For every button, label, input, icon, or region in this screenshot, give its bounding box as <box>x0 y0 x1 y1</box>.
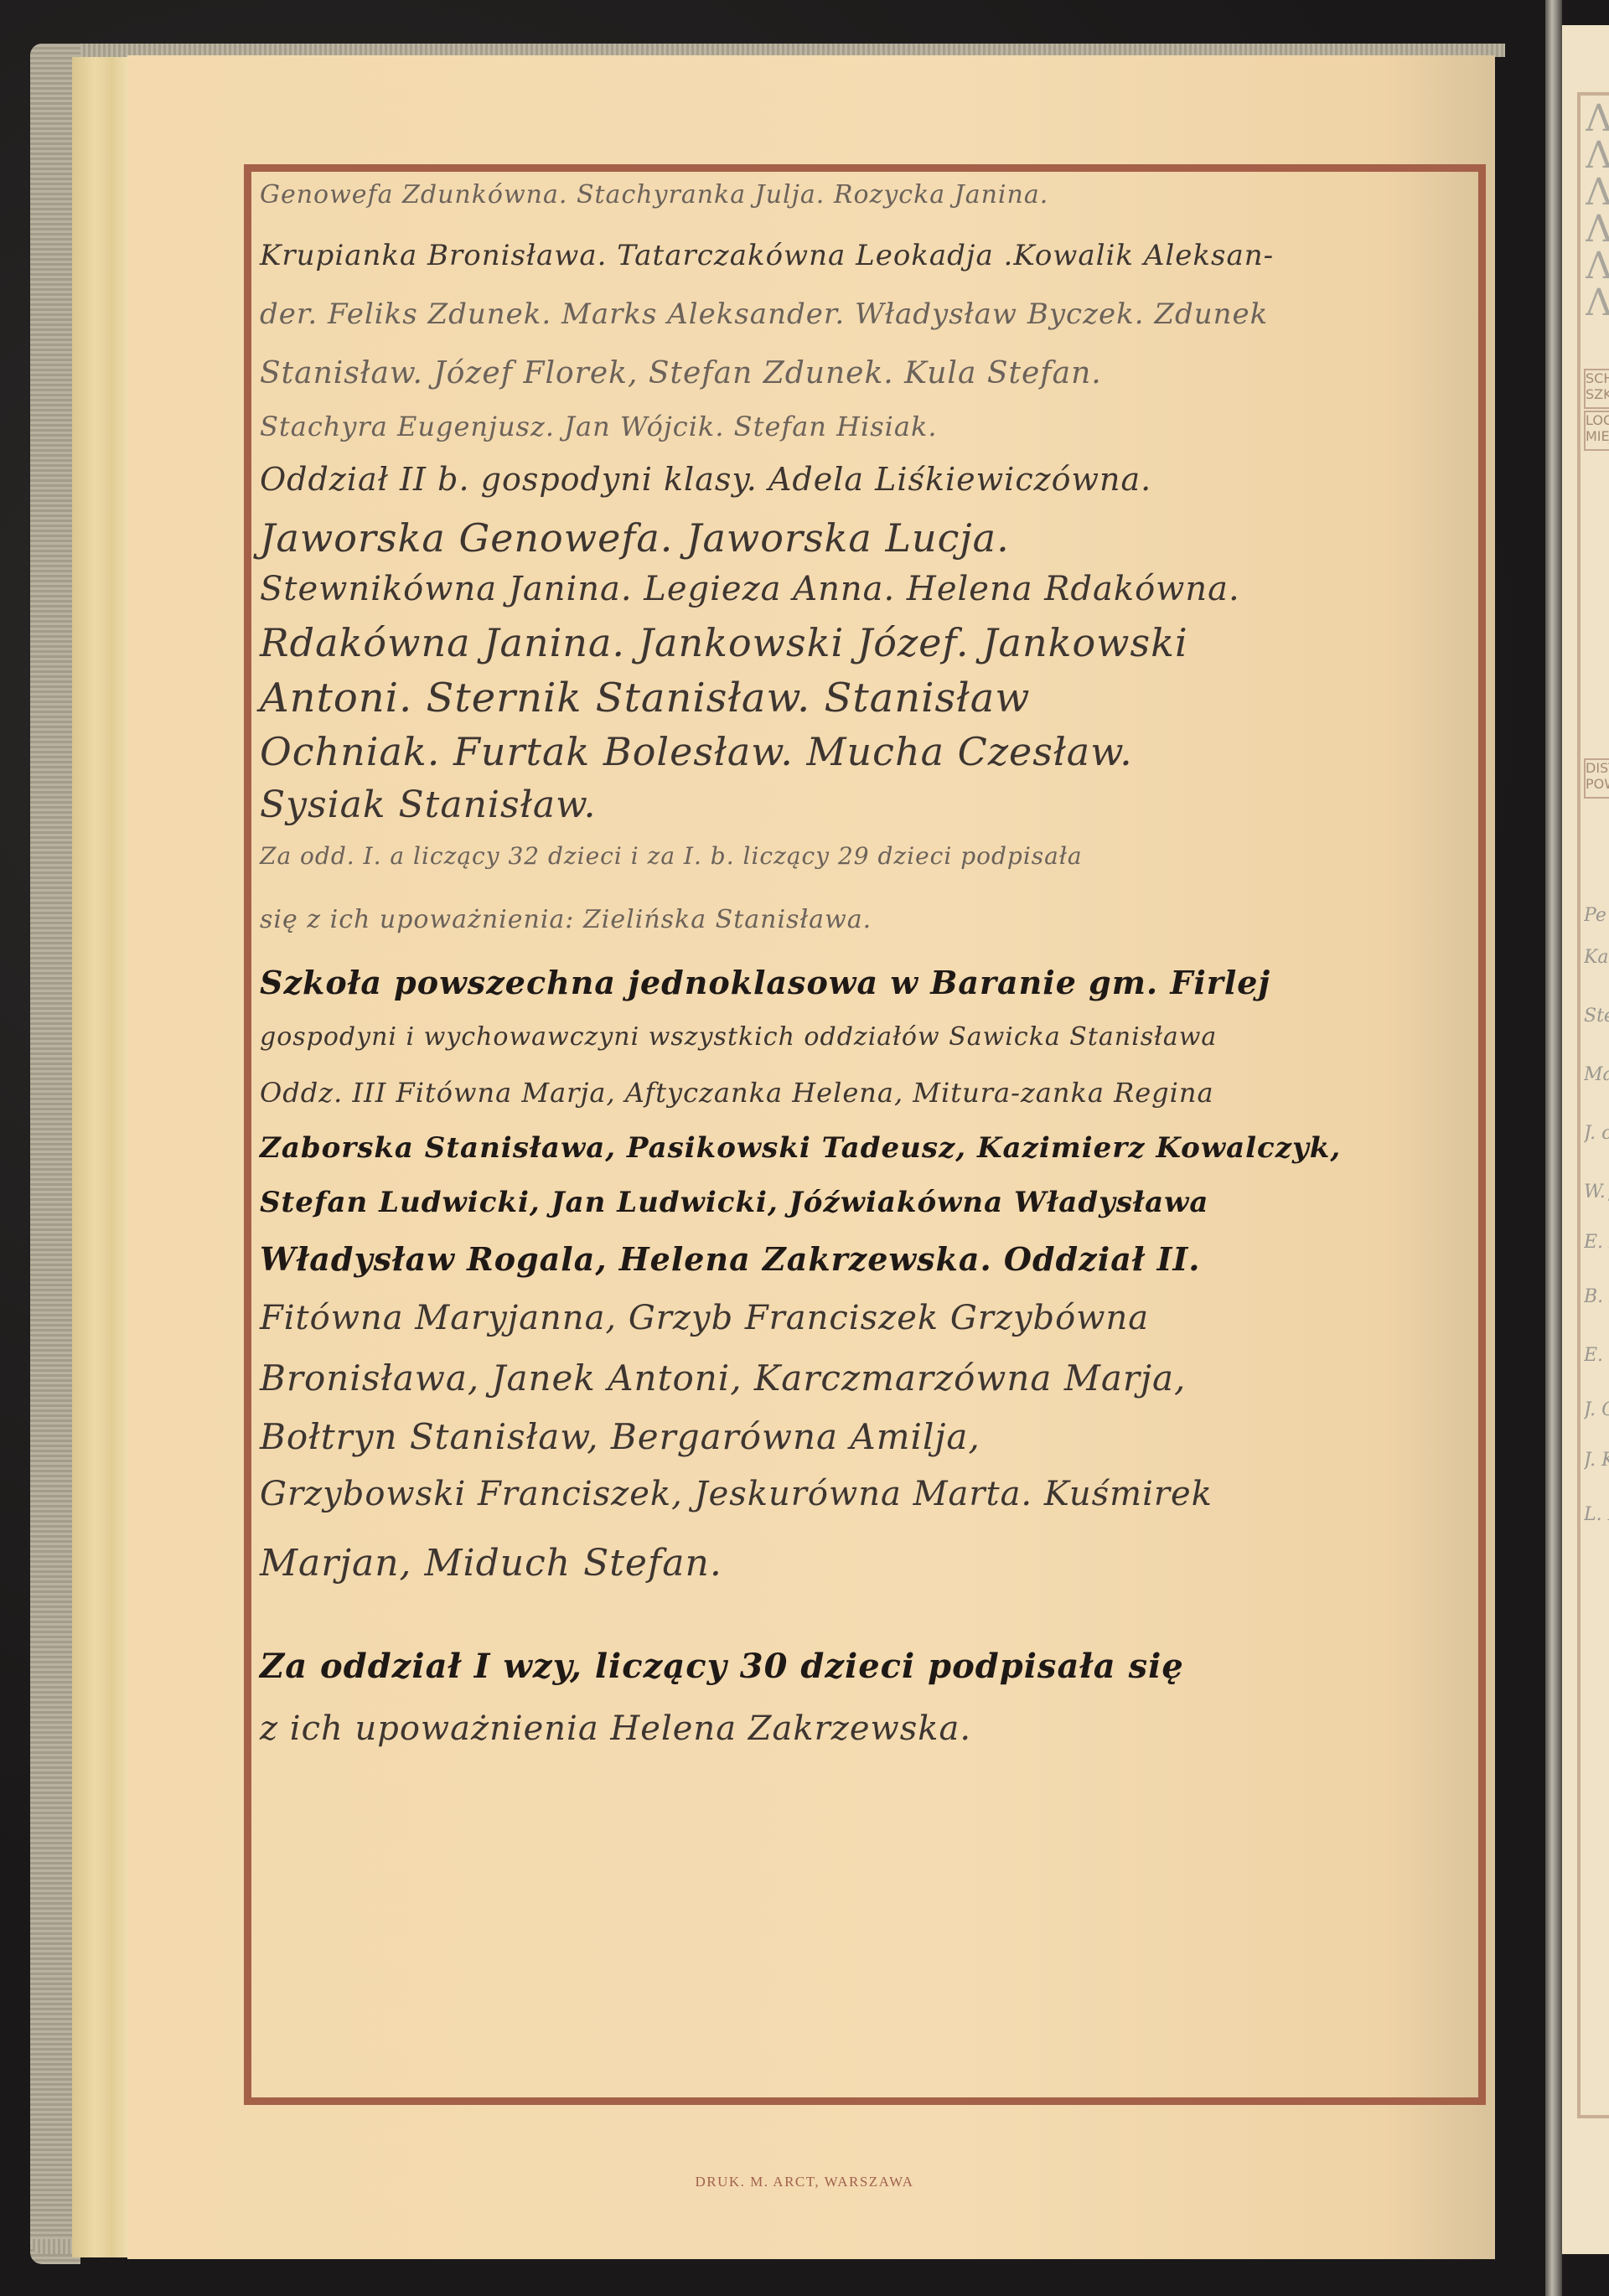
handwritten-line: Antoni. Sternik Stanisław. Stanisław <box>260 675 1030 721</box>
adjacent-text-fragment: W. J <box>1584 1182 1609 1202</box>
handwritten-line: Grzybowski Franciszek, Jeskurówna Marta.… <box>260 1475 1213 1513</box>
handwritten-line: Sysiak Stanisław. <box>260 783 597 826</box>
adjacent-page-area: ΛΛΛΛΛΛ SCHO SZKO LOCA MIEJ DISTR POWI Pe… <box>1495 0 1609 2296</box>
adjacent-text-fragment: L. Ko <box>1584 1504 1609 1525</box>
adjacent-text-fragment: J. c <box>1584 1123 1609 1144</box>
handwritten-line: Stewnikówna Janina. Legieza Anna. Helena… <box>260 570 1240 608</box>
handwritten-line: się z ich upoważnienia: Zielińska Stanis… <box>260 905 872 934</box>
printer-imprint: DRUK. M. ARCT, WARSZAWA <box>0 2174 1609 2190</box>
handwritten-line: Bronisława, Janek Antoni, Karczmarzówna … <box>260 1357 1186 1399</box>
adjacent-text-fragment: J. Ku <box>1584 1450 1609 1471</box>
handwritten-line: Zaborska Stanisława, Pasikowski Tadeusz,… <box>260 1131 1341 1165</box>
handwritten-line: z ich upoważnienia Helena Zakrzewska. <box>260 1709 971 1748</box>
adjacent-text-fragment: Marjó <box>1584 1064 1609 1085</box>
handwritten-line: Fitówna Maryjanna, Grzyb Franciszek Grzy… <box>260 1299 1149 1337</box>
decorative-ornament-icon: ΛΛΛΛΛΛ <box>1586 101 1609 322</box>
adjacent-text-fragment: Stefan <box>1584 1006 1609 1026</box>
adjacent-text-fragment: B. Rog <box>1584 1286 1609 1307</box>
handwritten-line: Marjan, Miduch Stefan. <box>260 1542 722 1585</box>
handwritten-line: Władysław Rogala, Helena Zakrzewska. Odd… <box>260 1240 1200 1278</box>
handwritten-line: Szkoła powszechna jednoklasowa w Baranie… <box>260 964 1270 1001</box>
adjacent-text-fragment: Pe <box>1584 905 1609 926</box>
handwritten-line: Stanisław. Józef Florek, Stefan Zdunek. … <box>260 356 1102 390</box>
adjacent-label-box: DISTR POWI <box>1584 758 1609 799</box>
adjacent-text-fragment: E. R <box>1584 1232 1609 1253</box>
handwritten-line: Rdakówna Janina. Jankowski Józef. Jankow… <box>260 620 1188 665</box>
adjacent-label-box: SCHO SZKO <box>1584 369 1609 409</box>
handwritten-line: Jaworska Genowefa. Jaworska Lucja. <box>260 515 1010 561</box>
handwritten-line: Za odd. I. a liczący 32 dzieci i za I. b… <box>260 842 1083 870</box>
handwritten-line: Oddział II b. gospodyni klasy. Adela Liś… <box>260 461 1151 498</box>
book-gutter <box>1545 0 1562 2296</box>
handwritten-line: Oddz. III Fitówna Marja, Aftyczanka Hele… <box>260 1077 1214 1109</box>
handwritten-line: Bołtryn Stanisław, Bergarówna Amilja, <box>260 1416 980 1457</box>
adjacent-text-fragment: E. Su <box>1584 1345 1609 1366</box>
adjacent-text-fragment: Katar <box>1584 947 1609 968</box>
page-stack-edge <box>72 57 129 2257</box>
handwritten-line: gospodyni i wychowawczyni wszystkich odd… <box>260 1022 1217 1052</box>
handwritten-line: Ochniak. Furtak Bolesław. Mucha Czesław. <box>260 729 1133 774</box>
handwritten-line: der. Feliks Zdunek. Marks Aleksander. Wł… <box>260 297 1268 331</box>
handwritten-line: Stachyra Eugenjusz. Jan Wójcik. Stefan H… <box>260 411 938 442</box>
handwritten-line: Krupianka Bronisława. Tatarczakówna Leok… <box>260 239 1274 272</box>
handwritten-line: Stefan Ludwicki, Jan Ludwicki, Jóźwiaków… <box>260 1186 1208 1219</box>
handwritten-line: Genowefa Zdunkówna. Stachyranka Julja. R… <box>260 180 1048 209</box>
handwritten-line: Za oddział I wzy, liczący 30 dzieci podp… <box>260 1647 1184 1686</box>
handwritten-content: Genowefa Zdunkówna. Stachyranka Julja. R… <box>251 172 1478 2097</box>
adjacent-text-fragment: J. Oct <box>1584 1399 1609 1420</box>
adjacent-label-box: LOCA MIEJ <box>1584 411 1609 451</box>
